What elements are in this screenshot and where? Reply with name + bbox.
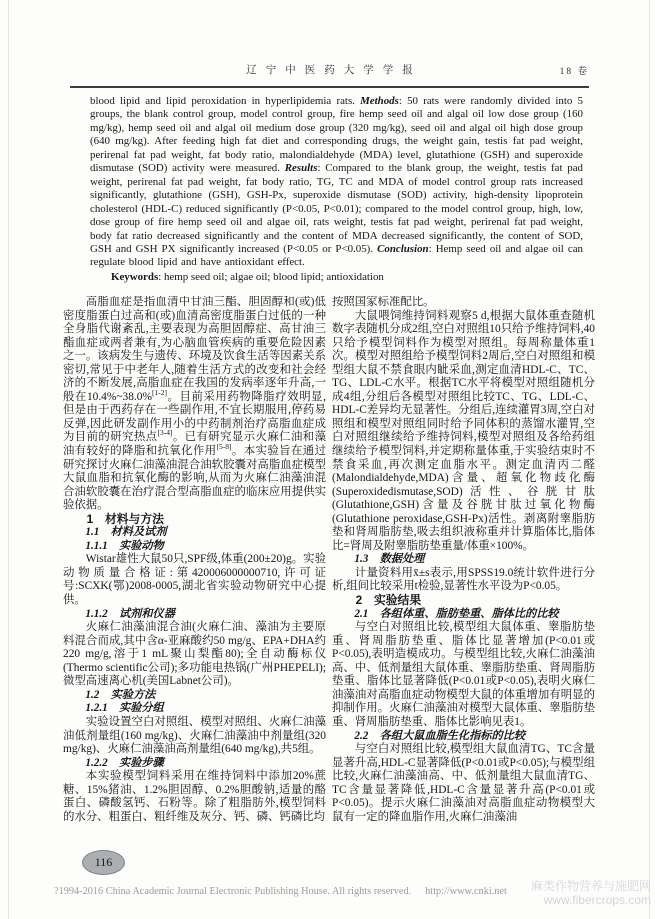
results-paragraph-2: 与空白对照组比较,模型组大鼠血清TG、TC含量显著升高,HDL-C显著降低(P<… [332,743,595,824]
subsection-heading-1-2-2: 1.2.2 实验步骤 [63,757,326,771]
citation-ref: [1-2] [152,388,167,397]
section-heading-1: 1 材料与方法 [63,513,326,527]
subsection-heading-1-1: 1.1 材料及试剂 [63,526,326,540]
keywords-line: Keywords: hemp seed oil; algae oil; bloo… [90,271,583,284]
procedure-paragraph: 本实验模型饲料采用在维持饲料中添加20%蔗糖、15%猪油、1.2%胆固醇、0.2… [63,770,326,824]
page-number-badge: 116 [82,850,125,875]
watermark: 麻类作物营养与施肥网 www.fibercrops.com [531,880,651,907]
statistics-paragraph: 计量资料用x̄±s表示,用SPSS19.0统计软件进行分析,组间比较采用t检验,… [332,567,595,594]
section-heading-2: 2 实验结果 [332,594,595,608]
subsection-heading-1-1-1: 1.1.1 实验动物 [63,540,326,554]
subsection-heading-2-2: 2.2 各组大鼠血脂生化指标的比较 [332,730,595,744]
copyright-text: ?1994-2016 China Academic Journal Electr… [54,886,411,897]
watermark-line1: 麻类作物营养与施肥网 [531,880,651,894]
header-rule [70,86,589,88]
abstract-segment: blood lipid and lipid peroxidation in hy… [90,95,360,107]
methods-label: Methods [360,95,399,107]
subsection-heading-1-2: 1.2 实验方法 [63,689,326,703]
subsection-heading-1-2-1: 1.2.1 实验分组 [63,702,326,716]
keywords-label: Keywords [111,271,158,283]
intro-text: 高脂血症是指血清中甘油三酯、胆固醇和(或)低密度脂蛋白过高和(或)血清高密度脂蛋… [63,296,326,403]
procedure-continuation: 按照国家标准配比。 [332,296,595,310]
abstract-segment: : Compared to the blank group, the weigh… [90,162,583,255]
feeding-paragraph: 大鼠喂饲维持饲料观察5 d,根据大鼠体重查随机数字表随机分成2组,空白对照组10… [332,310,595,554]
journal-title: 辽宁中医药大学学报 [70,62,589,77]
subsection-heading-1-1-2: 1.1.2 试剂和仪器 [63,608,326,622]
reagents-paragraph: 火麻仁油藻油混合油(火麻仁油、藻油为主要原料混合而成,其中含α-亚麻酸约50 m… [63,621,326,689]
abstract-block: blood lipid and lipid peroxidation in hy… [90,95,583,284]
scanned-paper-page: 辽宁中医药大学学报 18 卷 blood lipid and lipid per… [0,0,655,919]
subsection-heading-2-1: 2.1 各组体重、脂肪垫重、脂体比的比较 [332,608,595,622]
abstract-paragraph: blood lipid and lipid peroxidation in hy… [90,95,583,270]
volume-label: 18 卷 [560,63,589,77]
left-column: 高脂血症是指血清中甘油三酯、胆固醇和(或)低密度脂蛋白过高和(或)血清高密度脂蛋… [63,296,326,856]
keywords-text: : hemp seed oil; algae oil; blood lipid;… [158,271,384,283]
results-paragraph-1: 与空白对照组比较,模型组大鼠体重、睾脂肪垫重、肾周脂肪垫重、脂体比显著增加(P<… [332,621,595,729]
running-header: 辽宁中医药大学学报 18 卷 [70,62,589,86]
subsection-heading-1-3: 1.3 数据处理 [332,553,595,567]
scan-edge-right [649,0,650,919]
scan-edge-left [8,0,9,919]
right-column: 按照国家标准配比。 大鼠喂饲维持饲料观察5 d,根据大鼠体重查随机数字表随机分成… [332,296,595,856]
cnki-url: http://www.cnki.net [425,886,507,897]
citation-ref: [5-8] [217,442,232,451]
results-label: Results [285,162,318,174]
animals-paragraph: Wistar雄性大鼠50只,SPF级,体重(200±20)g。实验动物质量合格证… [63,553,326,607]
intro-paragraph: 高脂血症是指血清中甘油三酯、胆固醇和(或)低密度脂蛋白过高和(或)血清高密度脂蛋… [63,296,326,513]
grouping-paragraph: 实验设置空白对照组、模型对照组、火麻仁油藻油低剂量组(160 mg/kg)、火麻… [63,716,326,757]
citation-ref: [3-4] [157,429,172,438]
watermark-line2: www.fibercrops.com [531,894,651,908]
conclusion-label: Conclusion [377,243,428,255]
